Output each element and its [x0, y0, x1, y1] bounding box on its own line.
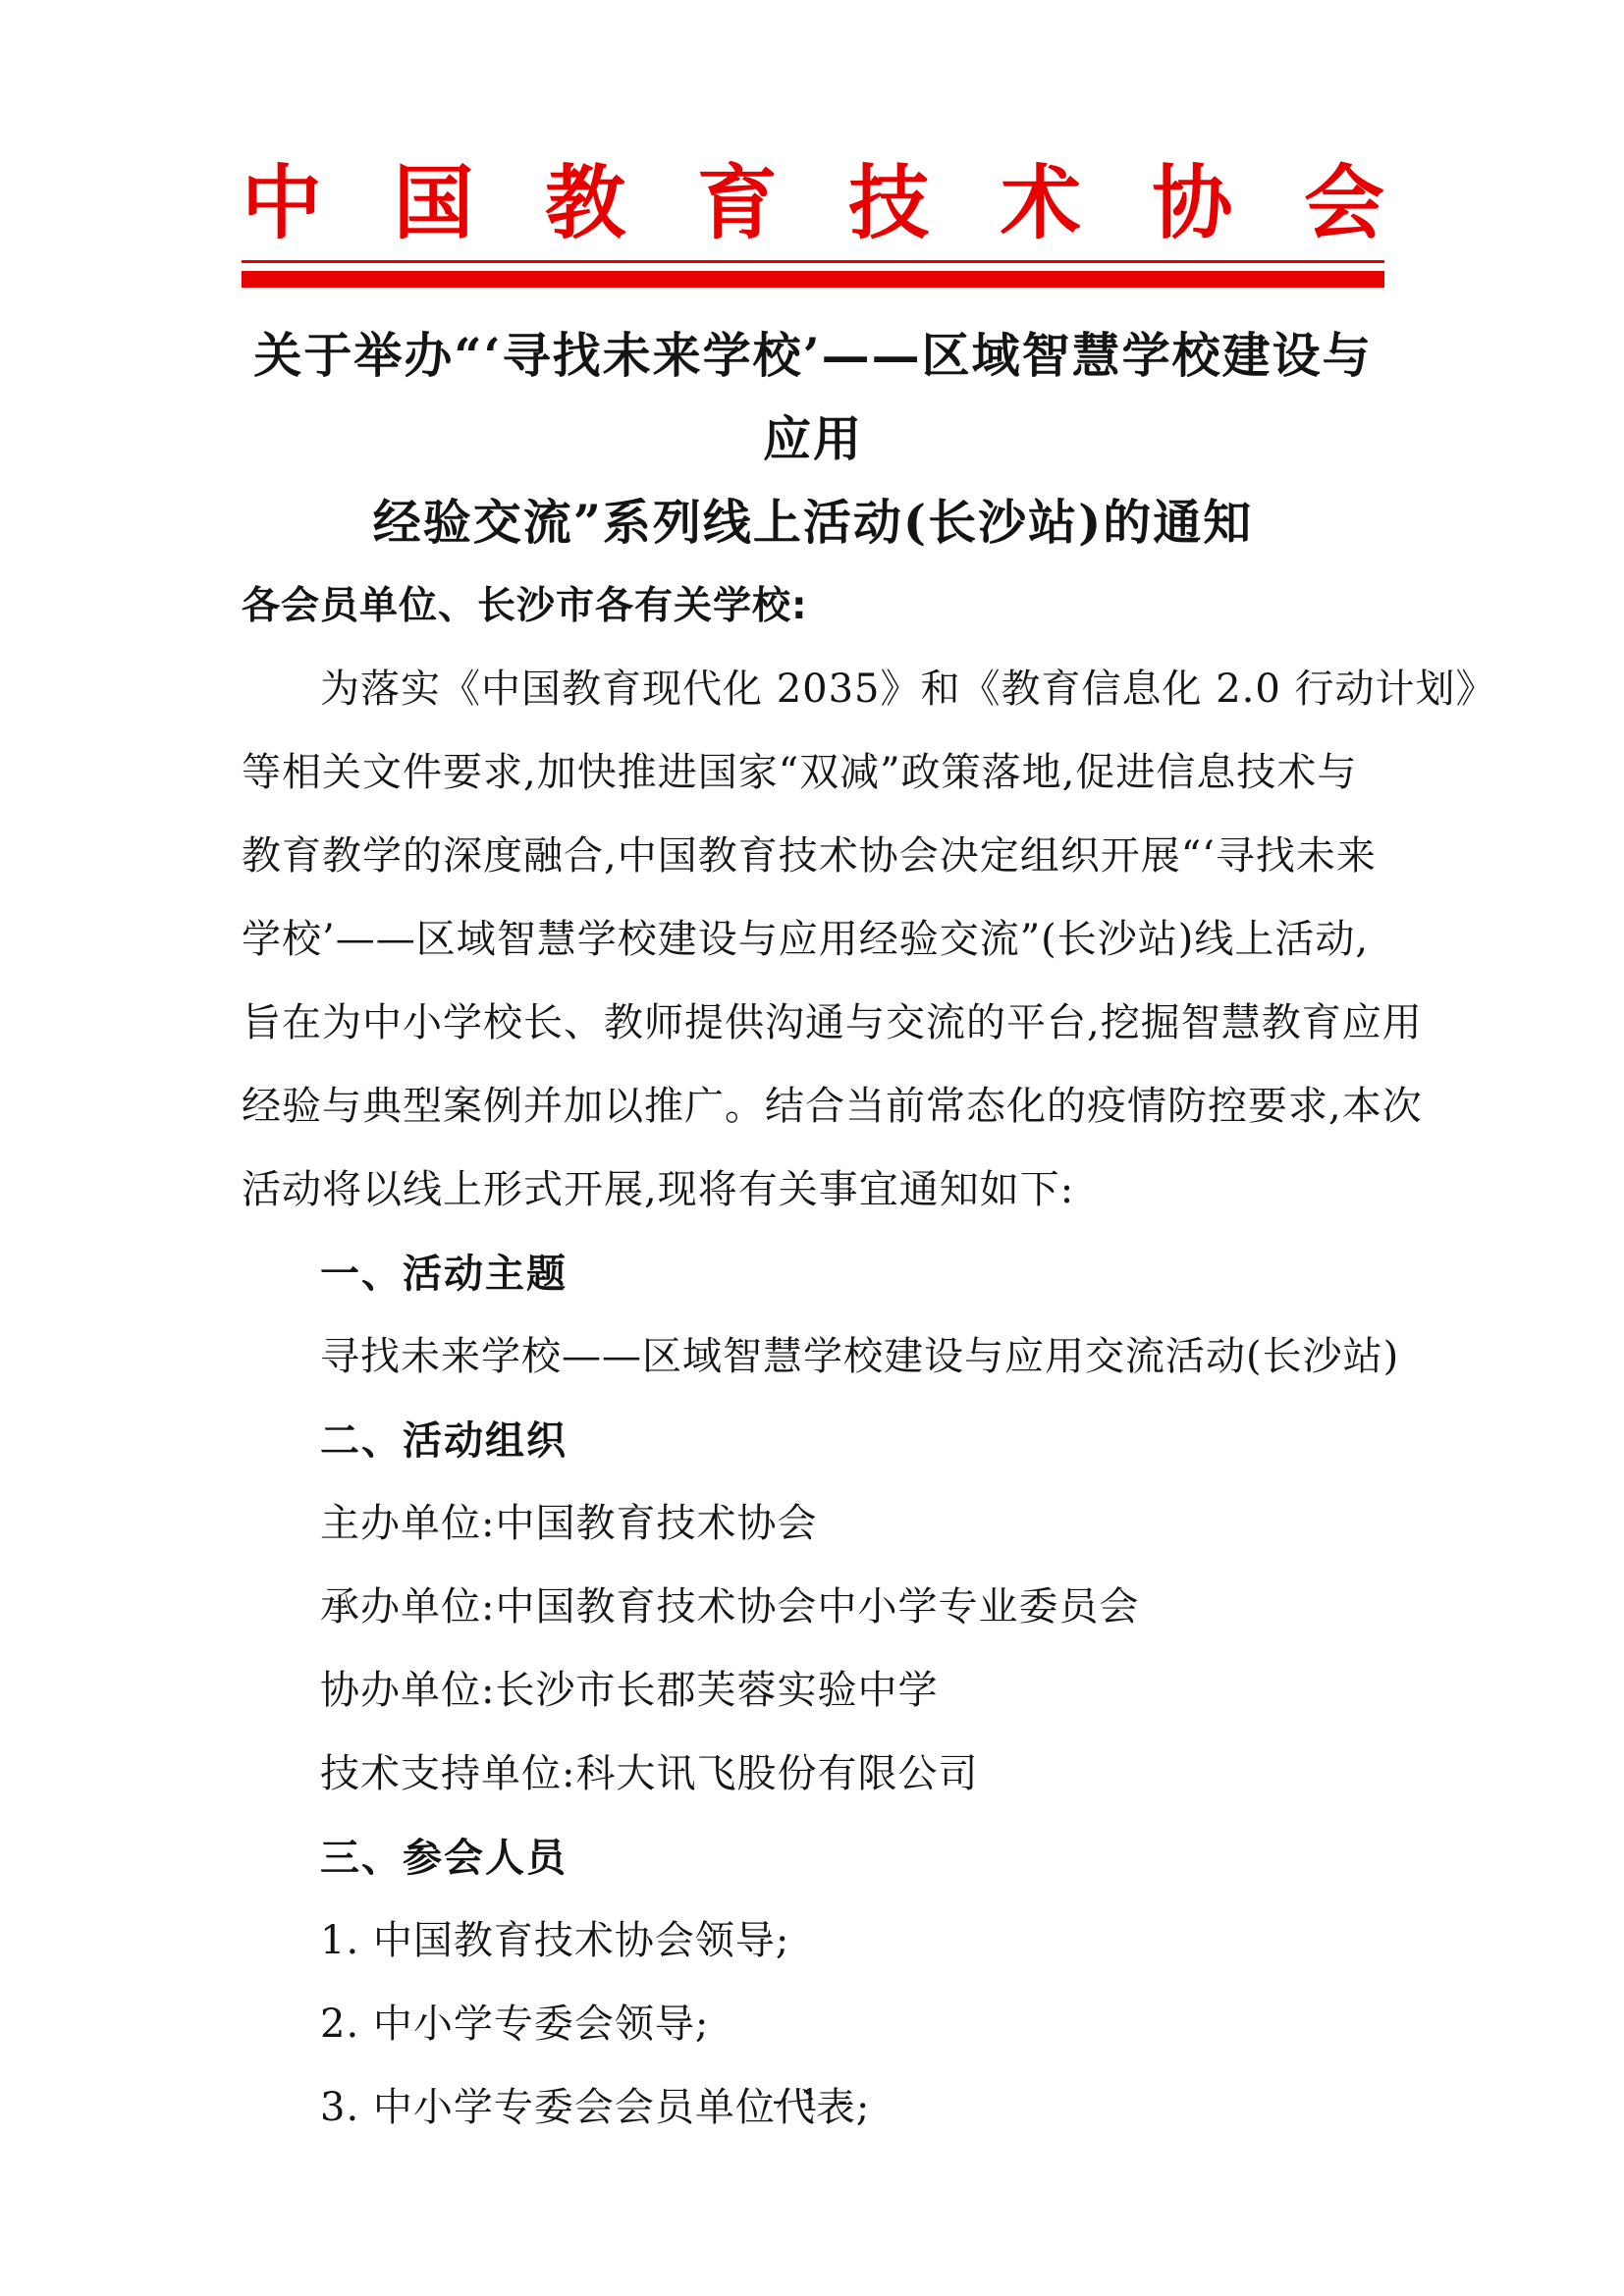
paragraph-line: 经验与典型案例并加以推广。结合当前常态化的疫情防控要求,本次: [242, 1065, 1384, 1148]
letterhead-char: 国: [394, 163, 474, 243]
organizer-co-line: 协办单位:长沙市长郡芙蓉实验中学: [242, 1649, 1384, 1733]
letterhead-char: 协: [1152, 163, 1232, 243]
organizer-undertake-line: 承办单位:中国教育技术协会中小学专业委员会: [242, 1566, 1384, 1649]
paragraph-line: 教育教学的深度融合,中国教育技术协会决定组织开展“‘寻找未来: [242, 815, 1384, 898]
document-title: 关于举办“‘寻找未来学校’——区域智慧学校建设与应用 经验交流”系列线上活动(长…: [242, 314, 1384, 564]
letterhead-char: 中: [242, 163, 322, 243]
participant-item: 1. 中国教育技术协会领导;: [242, 1899, 1384, 1983]
paragraph-line: 为落实《中国教育现代化 2035》和《教育信息化 2.0 行动计划》: [242, 648, 1384, 731]
letterhead-org-name: 中 国 教 育 技 术 协 会: [242, 0, 1384, 243]
document-content: 中 国 教 育 技 术 协 会 关于举办“‘寻找未来学校’——区域智慧学校建设与…: [242, 0, 1384, 2150]
letterhead-char: 技: [848, 163, 929, 243]
document-title-line-2: 经验交流”系列线上活动(长沙站)的通知: [242, 481, 1384, 564]
organizer-host-line: 主办单位:中国教育技术协会: [242, 1482, 1384, 1566]
organizer-tech-line: 技术支持单位:科大讯飞股份有限公司: [242, 1733, 1384, 1816]
letterhead-rule-thick: [242, 271, 1384, 288]
letterhead-char: 会: [1304, 163, 1384, 243]
paragraph-line: 活动将以线上形式开展,现将有关事宜通知如下:: [242, 1148, 1384, 1232]
paragraph-line: 旨在为中小学校长、教师提供沟通与交流的平台,挖掘智慧教育应用: [242, 982, 1384, 1065]
letterhead-rule-thin: [242, 260, 1384, 263]
document-page: 中 国 教 育 技 术 协 会 关于举办“‘寻找未来学校’——区域智慧学校建设与…: [0, 0, 1624, 2296]
salutation: 各会员单位、长沙市各有关学校:: [242, 564, 1384, 648]
document-title-line-1: 关于举办“‘寻找未来学校’——区域智慧学校建设与应用: [242, 314, 1384, 481]
participant-item: 2. 中小学专委会领导;: [242, 1983, 1384, 2066]
letterhead-char: 术: [1001, 163, 1081, 243]
paragraph-line: 学校’——区域智慧学校建设与应用经验交流”(长沙站)线上活动,: [242, 898, 1384, 982]
page-number: - 1 -: [0, 2083, 1624, 2118]
section-heading-participants: 三、参会人员: [242, 1816, 1384, 1899]
section-heading-organization: 二、活动组织: [242, 1399, 1384, 1482]
section-heading-activity-theme: 一、活动主题: [242, 1232, 1384, 1315]
intro-paragraph: 为落实《中国教育现代化 2035》和《教育信息化 2.0 行动计划》 等相关文件…: [242, 648, 1384, 1232]
activity-theme-text: 寻找未来学校——区域智慧学校建设与应用交流活动(长沙站): [242, 1315, 1384, 1399]
letterhead-char: 育: [697, 163, 778, 243]
letterhead-char: 教: [545, 163, 625, 243]
paragraph-line: 等相关文件要求,加快推进国家“双减”政策落地,促进信息技术与: [242, 731, 1384, 815]
